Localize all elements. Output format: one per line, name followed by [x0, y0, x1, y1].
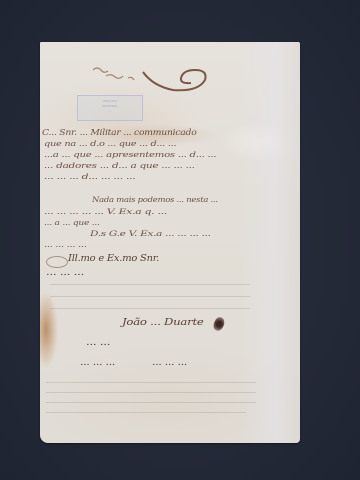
- paragraph-2-line: Nada mais podemos ... nesta ...: [92, 196, 218, 204]
- paragraph-2-line: D.s G.e V. Ex.a ... ... ... ...: [90, 230, 211, 238]
- salutation-line: Ill.mo e Ex.mo Snr.: [68, 254, 159, 264]
- paragraph-1-line: ... ... ... d... ... ... ...: [44, 173, 135, 181]
- signature: ... ... ...: [80, 358, 115, 368]
- manuscript-page: ARQUIVO NACIONAL ... C... Snr. ... Milit…: [40, 42, 300, 443]
- paragraph-2-line: ... ... ... ...: [44, 241, 87, 249]
- ink-blot: [212, 316, 227, 333]
- signature: ... ...: [86, 338, 110, 348]
- bleed-through-line: [50, 296, 250, 297]
- signature: João ... Duarte: [122, 318, 204, 328]
- letter-body: C... Snr. ... Militar ... communicado qu…: [40, 42, 300, 443]
- paragraph-1-line: C... Snr. ... Militar ... communicado: [42, 128, 197, 137]
- bleed-through-line: [46, 402, 256, 403]
- bleed-through-line: [50, 308, 250, 309]
- salutation-line: ... ... ...: [46, 268, 84, 278]
- rubric-oval: [46, 256, 68, 268]
- paragraph-1-line: que na ... d.o ... que ... d... ...: [44, 140, 176, 148]
- signature: ... ... ...: [152, 358, 187, 368]
- paragraph-2-line: ... a ... que ...: [44, 219, 100, 227]
- paragraph-1-line: ... dadores ... d... a que ... ... ...: [44, 162, 195, 170]
- paragraph-1-line: ...a ... que ... apresentemos ... d... .…: [44, 151, 216, 159]
- bleed-through-line: [46, 382, 256, 383]
- bleed-through-line: [46, 412, 246, 413]
- bleed-through-line: [46, 392, 256, 393]
- paragraph-2-line: ... ... ... ... ... V. Ex.a q. ...: [44, 208, 167, 216]
- bleed-through-line: [50, 284, 250, 285]
